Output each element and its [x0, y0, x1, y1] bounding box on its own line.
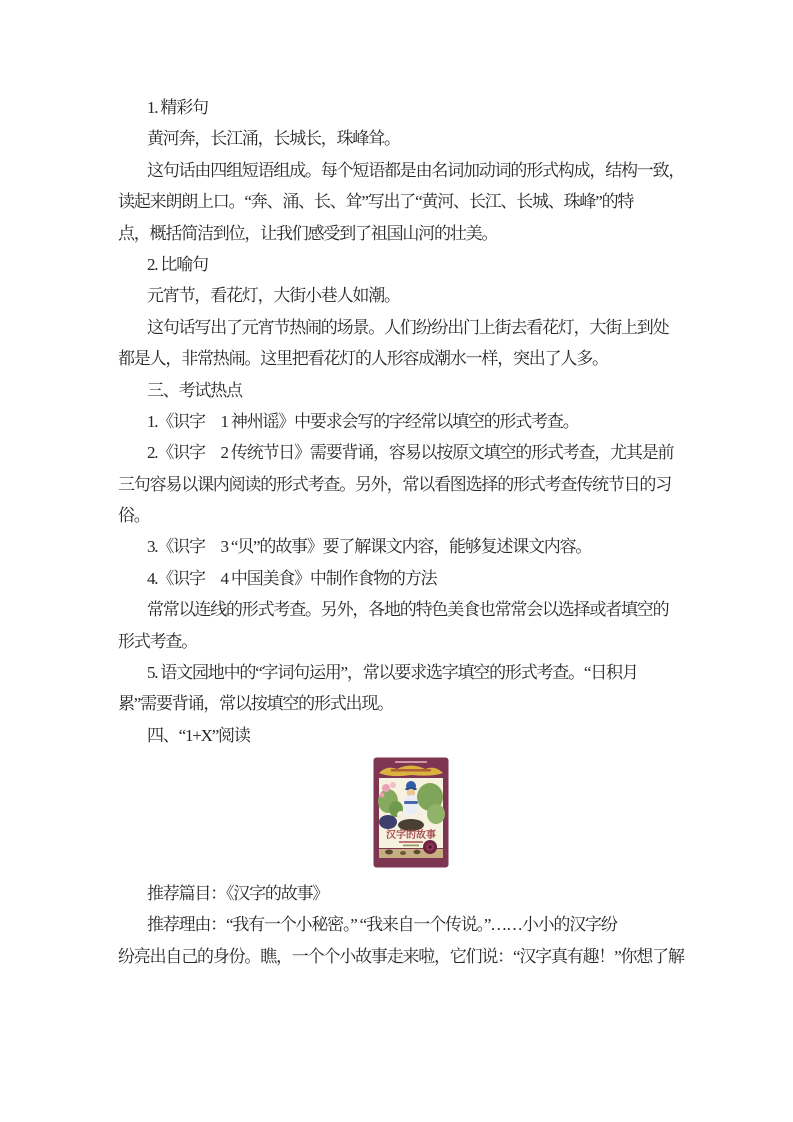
doc-line: 读起来朗朗上口。“奔、涌、长、耸”写出了“黄河、长江、长城、珠峰”的特 — [118, 186, 678, 217]
doc-line: 这句话写出了元宵节热闹的场景。人们纷纷出门上街去看花灯，大街上到处 — [118, 312, 678, 343]
book-banner-text-decoration — [391, 769, 431, 772]
doc-line: 俗。 — [118, 500, 678, 531]
doc-line: 元宵节，看花灯，大街小巷人如潮。 — [118, 280, 678, 311]
doc-line: 三句容易以课内阅读的形式考查。另外，常以看图选择的形式考查传统节日的习 — [118, 469, 678, 500]
doc-line: 常常以连线的形式考查。另外，各地的特色美食也常常会以选择或者填空的 — [118, 594, 678, 625]
doc-line: 2.《识字 2 传统节日》需要背诵，容易以按原文填空的形式考查，尤其是前 — [118, 437, 678, 468]
child-sash-illustration — [404, 801, 418, 804]
doc-line: 5. 语文园地中的“字词句运用”，常以要求选字填空的形式考查。“日积月 — [118, 657, 678, 688]
flower-emblem-icon — [429, 846, 432, 849]
flower-illustration — [380, 793, 385, 798]
book-top-text-decoration — [395, 761, 427, 763]
doc-line: 这句话由四组短语组成。每个短语都是由名词加动词的形式构成，结构一致， — [118, 155, 678, 186]
book-subtitle-decoration — [403, 845, 419, 847]
body-text: 1. 精彩句 黄河奔，长江涌，长城长，珠峰耸。 这句话由四组短语组成。每个短语都… — [118, 92, 678, 751]
plant-tuft-illustration — [414, 850, 421, 854]
doc-line: 3.《识字 3 “贝”的故事》要了解课文内容，能够复述课文内容。 — [118, 531, 678, 562]
footer-text: 推荐篇目：《汉字的故事》 推荐理由：“我有一个小秘密。” “我来自一个传说。”…… — [118, 878, 678, 972]
doc-line: 四、“1+X”阅读 — [118, 720, 678, 751]
flower-illustration — [390, 782, 396, 788]
plant-tuft-illustration — [385, 850, 393, 855]
doc-line: 黄河奔，长江涌，长城长，珠峰耸。 — [118, 123, 678, 154]
flower-illustration — [397, 811, 405, 819]
book-title-text: 汉字的故事 — [386, 828, 436, 841]
doc-line: 累”需要背诵，常以按填空的形式出现。 — [118, 688, 678, 719]
doc-line: 推荐篇目：《汉字的故事》 — [118, 878, 678, 909]
doc-line: 2. 比喻句 — [118, 249, 678, 280]
doc-line: 点，概括简洁到位，让我们感受到了祖国山河的壮美。 — [118, 218, 678, 249]
leaf-illustration — [427, 804, 445, 824]
doc-line: 三、考试热点 — [118, 375, 678, 406]
doc-line: 形式考查。 — [118, 626, 678, 657]
doc-line: 纷亮出自己的身份。瞧，一个个小故事走来啦，它们说：“汉字真有趣！”你想了解 — [118, 941, 678, 972]
plant-tuft-illustration — [400, 851, 406, 855]
flower-illustration — [382, 784, 390, 792]
doc-line: 1. 精彩句 — [118, 92, 678, 123]
doc-line: 1.《识字 1 神州谣》中要求会写的字经常以填空的形式考查。 — [118, 406, 678, 437]
child-body-illustration — [404, 795, 419, 815]
doc-line: 推荐理由：“我有一个小秘密。” “我来自一个传说。”……小小的汉字纷 — [118, 909, 678, 940]
book-cover-image: 汉字的故事 — [373, 757, 449, 868]
flower-illustration — [417, 810, 424, 817]
doc-line: 4.《识字 4 中国美食》中制作食物的方法 — [118, 563, 678, 594]
dark-leaf-illustration — [379, 815, 397, 829]
doc-line: 都是人，非常热闹。这里把看花灯的人形容成潮水一样，突出了人多。 — [118, 343, 678, 374]
book-subtitle-decoration — [399, 841, 423, 843]
